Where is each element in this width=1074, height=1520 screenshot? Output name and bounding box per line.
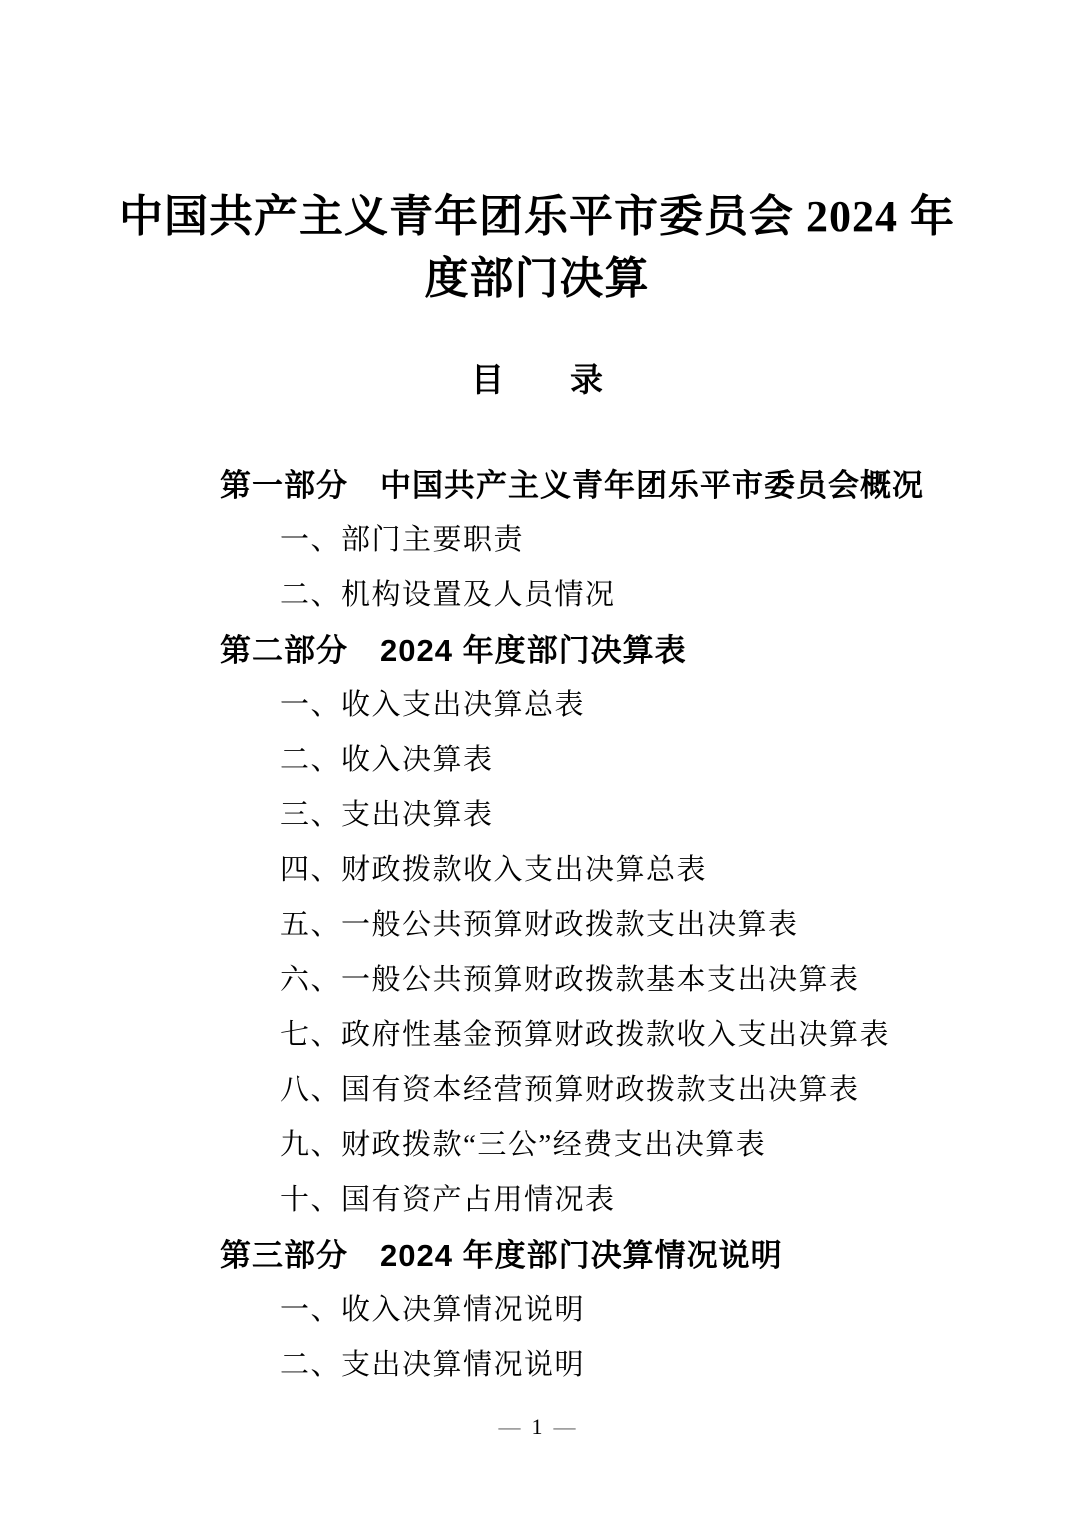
- toc-section-heading: 第二部分 2024 年度部门决算表: [220, 623, 1014, 678]
- page-footer: —1—: [0, 1414, 1074, 1440]
- toc-list: 第一部分 中国共产主义青年团乐平市委员会概况一、部门主要职责二、机构设置及人员情…: [0, 458, 1074, 1393]
- document-page: 中国共产主义青年团乐平市委员会 2024 年 度部门决算 目 录 第一部分 中国…: [0, 0, 1074, 1520]
- toc-item: 一、收入决算情况说明: [220, 1283, 1014, 1338]
- document-title-line-1: 中国共产主义青年团乐平市委员会 2024 年: [0, 186, 1074, 248]
- toc-section-heading: 第三部分 2024 年度部门决算情况说明: [220, 1228, 1014, 1283]
- document-title: 中国共产主义青年团乐平市委员会 2024 年 度部门决算: [0, 0, 1074, 310]
- toc-item: 一、收入支出决算总表: [220, 678, 1014, 733]
- toc-item: 七、政府性基金预算财政拨款收入支出决算表: [220, 1008, 1014, 1063]
- toc-item: 二、收入决算表: [220, 733, 1014, 788]
- footer-dash-right: —: [543, 1414, 587, 1439]
- toc-item: 十、国有资产占用情况表: [220, 1173, 1014, 1228]
- toc-section-heading: 第一部分 中国共产主义青年团乐平市委员会概况: [220, 458, 1014, 513]
- footer-page-number: 1: [532, 1414, 543, 1439]
- toc-item: 八、国有资本经营预算财政拨款支出决算表: [220, 1063, 1014, 1118]
- toc-item: 九、财政拨款“三公”经费支出决算表: [220, 1118, 1014, 1173]
- footer-dash-left: —: [488, 1414, 532, 1439]
- toc-item: 三、支出决算表: [220, 788, 1014, 843]
- toc-item: 一、部门主要职责: [220, 513, 1014, 568]
- toc-heading: 目 录: [0, 362, 1074, 400]
- toc-item: 四、财政拨款收入支出决算总表: [220, 843, 1014, 898]
- toc-item: 六、一般公共预算财政拨款基本支出决算表: [220, 953, 1014, 1008]
- document-title-line-2: 度部门决算: [0, 248, 1074, 310]
- toc-item: 五、一般公共预算财政拨款支出决算表: [220, 898, 1014, 953]
- toc-item: 二、机构设置及人员情况: [220, 568, 1014, 623]
- toc-item: 二、支出决算情况说明: [220, 1338, 1014, 1393]
